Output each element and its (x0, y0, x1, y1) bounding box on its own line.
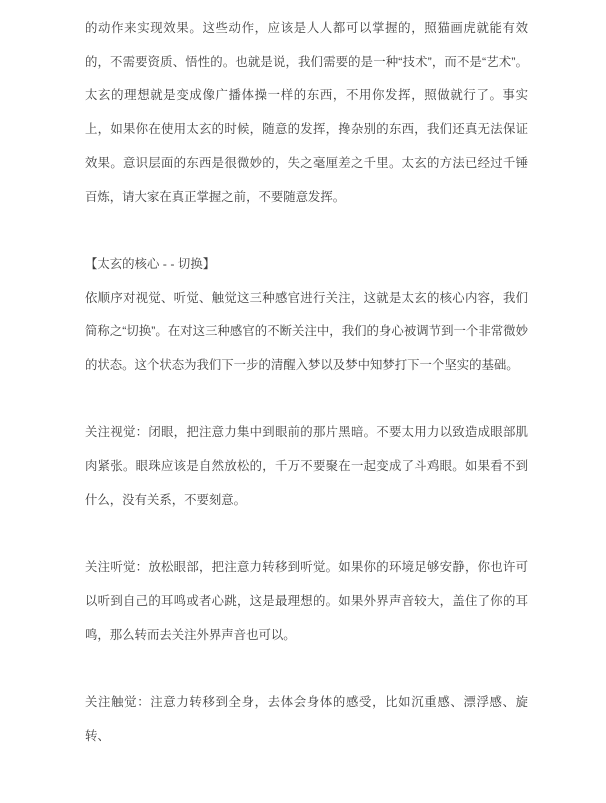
touch-focus-paragraph: 关注触觉：注意力转移到全身，去体会身体的感受，比如沉重感、漂浮感、旋转、 (85, 686, 528, 753)
section-heading: 【太玄的核心 - - 切换】 (85, 248, 528, 282)
document-text-body: 的动作来实现效果。这些动作，应该是人人都可以掌握的，照猫画虎就能有效的，不需要资… (85, 12, 528, 753)
document-page: 的动作来实现效果。这些动作，应该是人人都可以掌握的，照猫画虎就能有效的，不需要资… (0, 0, 606, 803)
hearing-focus-paragraph: 关注听觉：放松眼部，把注意力转移到听觉。如果你的环境足够安静，你也许可以听到自己… (85, 551, 528, 652)
vision-focus-paragraph: 关注视觉：闭眼，把注意力集中到眼前的那片黑暗。不要太用力以致造成眼部肌肉紧张。眼… (85, 416, 528, 517)
core-method-paragraph: 依顺序对视觉、听觉、触觉这三种感官进行关注，这就是太玄的核心内容，我们简称之“切… (85, 282, 528, 383)
intro-paragraph: 的动作来实现效果。这些动作，应该是人人都可以掌握的，照猫画虎就能有效的，不需要资… (85, 12, 528, 214)
